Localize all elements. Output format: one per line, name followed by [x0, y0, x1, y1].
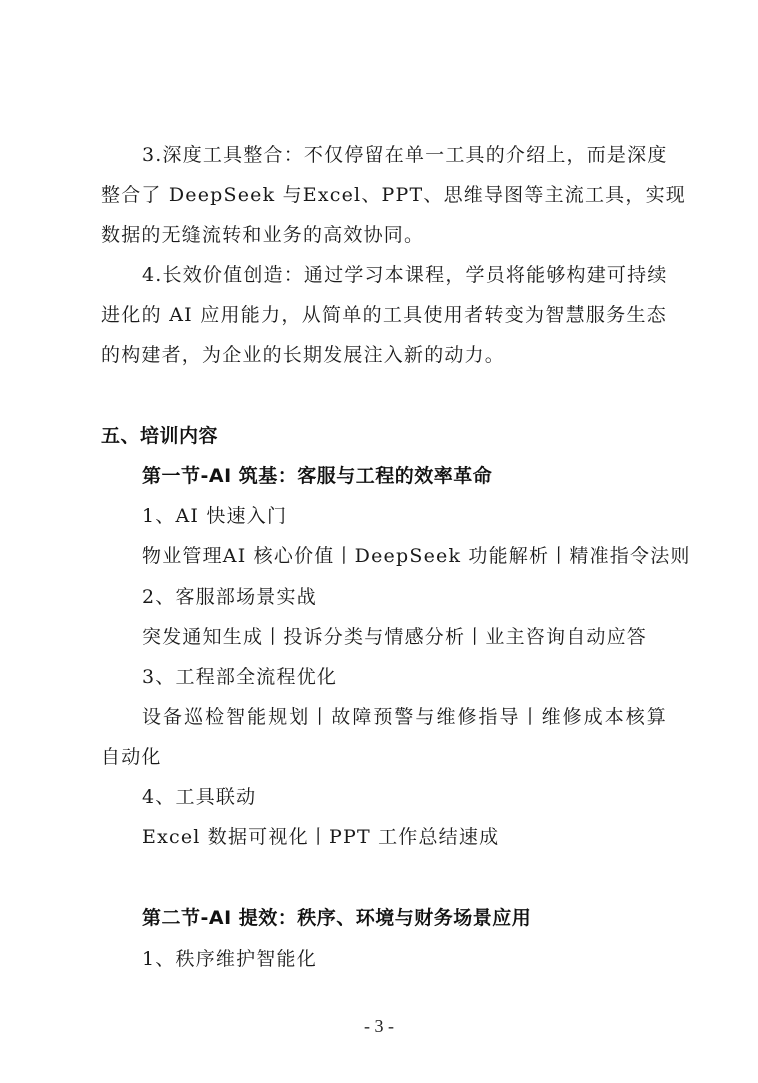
- lesson-1-item-4-label: 4、工具联动: [142, 777, 667, 817]
- page-number: - 3 -: [0, 1016, 758, 1037]
- paragraph-3-line-3: 数据的无缝流转和业务的高效协同。: [101, 215, 667, 255]
- lesson-2-item-1-label: 1、秩序维护智能化: [142, 939, 667, 979]
- lesson-1-item-1-label: 1、AI 快速入门: [142, 496, 667, 536]
- lesson-1-item-4-content: Excel 数据可视化丨PPT 工作总结速成: [142, 817, 667, 857]
- paragraph-4-line-3: 的构建者，为企业的长期发展注入新的动力。: [101, 335, 667, 375]
- lesson-1-item-3-content-line-1: 设备巡检智能规划丨故障预警与维修指导丨维修成本核算: [142, 697, 667, 737]
- document-page: 3.深度工具整合：不仅停留在单一工具的介绍上，而是深度 整合了 DeepSeek…: [0, 0, 758, 1083]
- lesson-1-title: 第一节-AI 筑基：客服与工程的效率革命: [142, 456, 667, 496]
- paragraph-3-line-1: 3.深度工具整合：不仅停留在单一工具的介绍上，而是深度: [142, 135, 667, 175]
- paragraph-4-line-2: 进化的 AI 应用能力，从简单的工具使用者转变为智慧服务生态: [101, 295, 667, 335]
- paragraph-3-line-2: 整合了 DeepSeek 与Excel、PPT、思维导图等主流工具，实现: [101, 175, 667, 215]
- lesson-1-item-2-label: 2、客服部场景实战: [142, 577, 667, 617]
- paragraph-4-line-1: 4.长效价值创造：通过学习本课程，学员将能够构建可持续: [142, 255, 667, 295]
- section-heading: 五、培训内容: [101, 416, 667, 456]
- lesson-1-item-2-content: 突发通知生成丨投诉分类与情感分析丨业主咨询自动应答: [142, 617, 667, 657]
- lesson-1-item-1-content: 物业管理AI 核心价值丨DeepSeek 功能解析丨精准指令法则: [142, 536, 667, 576]
- lesson-1-item-3-content-line-2: 自动化: [101, 737, 667, 777]
- lesson-1-item-3-label: 3、工程部全流程优化: [142, 657, 667, 697]
- lesson-2-title: 第二节-AI 提效：秩序、环境与财务场景应用: [142, 898, 667, 938]
